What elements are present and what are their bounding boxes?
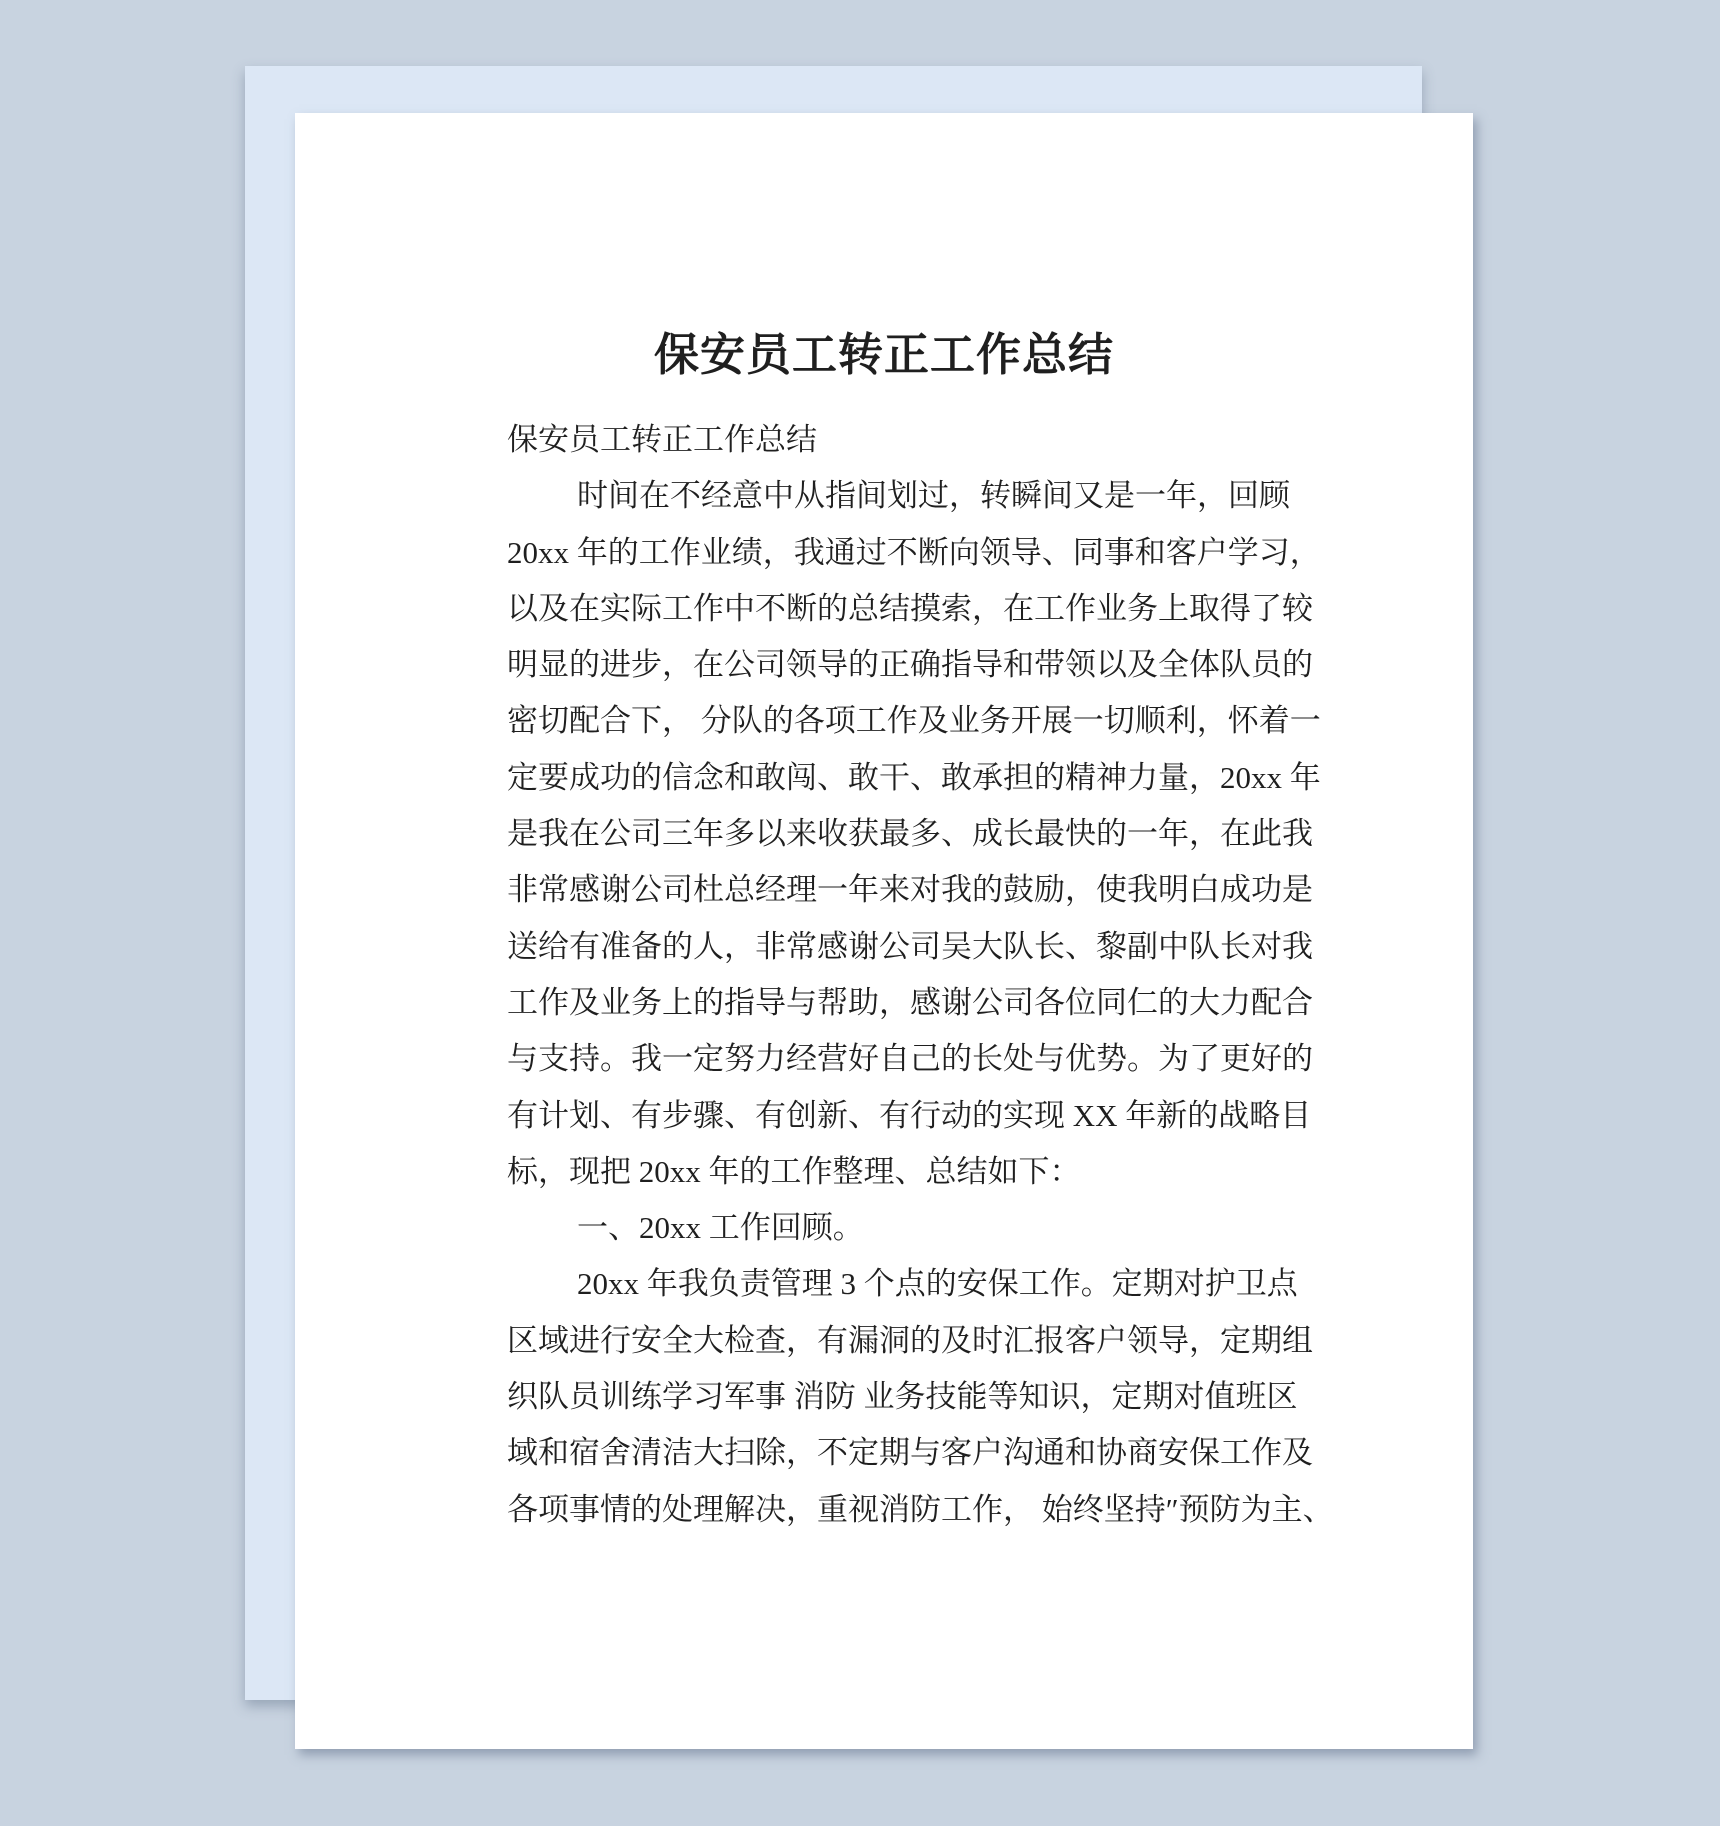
text-line: 有计划、有步骤、有创新、有行动的实现 XX 年新的战略目 xyxy=(507,1088,1307,1144)
text-line: 织队员训练学习军事 消防 业务技能等知识，定期对值班区 xyxy=(507,1369,1307,1425)
text-line: 定要成功的信念和敢闯、敢干、敢承担的精神力量，20xx 年 xyxy=(507,750,1307,806)
text-line: 明显的进步，在公司领导的正确指导和带领以及全体队员的 xyxy=(507,637,1307,693)
text-line: 以及在实际工作中不断的总结摸索，在工作业务上取得了较 xyxy=(507,581,1307,637)
text-line: 保安员工转正工作总结 xyxy=(507,412,1307,468)
desktop-background: { "doc": { "title": "保安员工转正工作总结", "lines… xyxy=(0,0,1720,1826)
text-line: 密切配合下， 分队的各项工作及业务开展一切顺利，怀着一 xyxy=(507,693,1307,749)
text-line: 工作及业务上的指导与帮助，感谢公司各位同仁的大力配合 xyxy=(507,975,1307,1031)
text-line: 20xx 年我负责管理 3 个点的安保工作。定期对护卫点 xyxy=(507,1256,1307,1312)
text-line: 是我在公司三年多以来收获最多、成长最快的一年，在此我 xyxy=(507,806,1307,862)
text-line: 送给有准备的人，非常感谢公司吴大队长、黎副中队长对我 xyxy=(507,919,1307,975)
text-line: 时间在不经意中从指间划过，转瞬间又是一年，回顾 xyxy=(507,468,1307,524)
text-line: 标，现把 20xx 年的工作整理、总结如下： xyxy=(507,1144,1307,1200)
text-line: 各项事情的处理解决，重视消防工作， 始终坚持″预防为主、 xyxy=(507,1482,1307,1538)
text-line: 一、20xx 工作回顾。 xyxy=(507,1200,1307,1256)
document-title: 保安员工转正工作总结 xyxy=(295,329,1473,381)
text-line: 非常感谢公司杜总经理一年来对我的鼓励，使我明白成功是 xyxy=(507,862,1307,918)
document-body: 保安员工转正工作总结 时间在不经意中从指间划过，转瞬间又是一年，回顾 20xx … xyxy=(507,412,1307,1538)
text-line: 20xx 年的工作业绩，我通过不断向领导、同事和客户学习， xyxy=(507,525,1307,581)
document-page: 保安员工转正工作总结 保安员工转正工作总结 时间在不经意中从指间划过，转瞬间又是… xyxy=(295,113,1473,1749)
text-line: 域和宿舍清洁大扫除，不定期与客户沟通和协商安保工作及 xyxy=(507,1425,1307,1481)
text-line: 区域进行安全大检查，有漏洞的及时汇报客户领导，定期组 xyxy=(507,1313,1307,1369)
text-line: 与支持。我一定努力经营好自己的长处与优势。为了更好的 xyxy=(507,1031,1307,1087)
